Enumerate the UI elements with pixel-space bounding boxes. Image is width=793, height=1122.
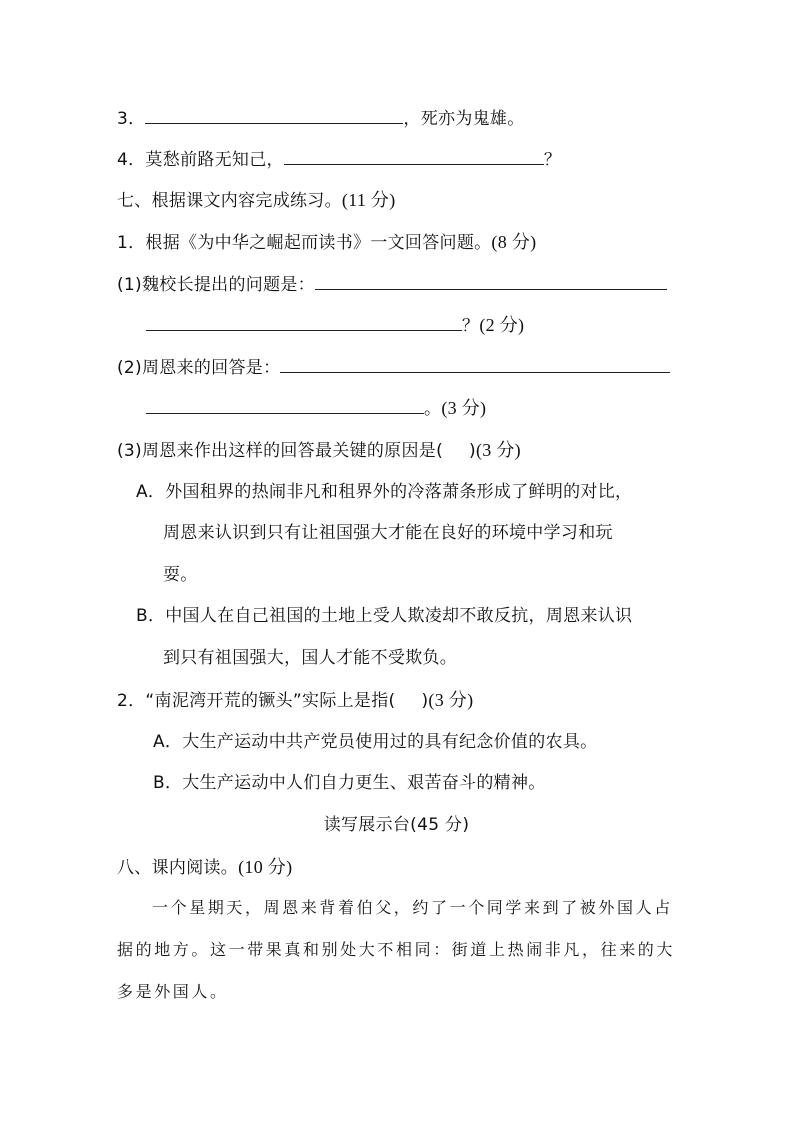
passage-line-3: 多是外国人。: [117, 981, 677, 1003]
option-text: 耍。: [163, 565, 198, 585]
section-title: 七、根据课文内容完成练习。: [117, 191, 342, 211]
answer-blank[interactable]: [284, 148, 544, 165]
question-7-2-option-a: A．大生产运动中共产党员使用过的具有纪念价值的农具。: [153, 731, 597, 753]
option-text: B．大生产运动中人们自力更生、艰苦奋斗的精神。: [153, 773, 546, 793]
passage-line-1: 一个星期天，周恩来背着伯父，约了一个同学来到了被外国人占: [152, 897, 712, 919]
question-label: 2．“南泥湾开荒的镢头”实际上是指(: [117, 691, 395, 711]
option-b-line-1: B．中国人在自己祖国的土地上受人欺凌却不敢反抗，周恩来认识: [136, 605, 632, 627]
question-7-2: 2．“南泥湾开荒的镢头”实际上是指()(3 分): [117, 689, 473, 712]
option-b-line-2: 到只有祖国强大，国人才能不受欺负。: [163, 647, 457, 669]
passage-text: 一个星期天，周恩来背着伯父，约了一个同学来到了被外国人占: [152, 898, 673, 917]
question-7-1-1: (1)魏校长提出的问题是：: [117, 273, 667, 296]
answer-blank[interactable]: [315, 273, 667, 290]
answer-blank[interactable]: [145, 107, 403, 124]
punctuation: ？: [462, 316, 479, 336]
question-7-2-option-b: B．大生产运动中人们自力更生、艰苦奋斗的精神。: [153, 772, 546, 794]
passage-text: 据的地方。这一带果真和别处大不相同：街道上热闹非凡，往来的大: [117, 940, 675, 959]
option-text: A．外国租界的热闹非凡和租界外的冷落萧条形成了鲜明的对比，: [136, 482, 632, 502]
question-4-prefix: 4．莫愁前路无知己，: [117, 150, 284, 170]
heading-text: 读写展示台(45 分): [324, 815, 470, 835]
score: (3 分): [441, 398, 486, 418]
answer-blank[interactable]: [146, 397, 424, 414]
option-text: B．中国人在自己祖国的土地上受人欺凌却不敢反抗，周恩来认识: [136, 606, 632, 626]
score: (10 分): [238, 857, 292, 877]
option-text: 周恩来认识到只有让祖国强大才能在良好的环境中学习和玩: [163, 523, 613, 543]
question-7-1-1-cont: ？(2 分): [146, 314, 524, 337]
question-label: (2)周恩来的回答是：: [117, 358, 280, 378]
question-text: 1．根据《为中华之崛起而读书》一文回答问题。: [117, 233, 491, 253]
answer-blank[interactable]: [146, 314, 462, 331]
question-4: 4．莫愁前路无知己，？: [117, 148, 561, 171]
paren-close: ): [469, 441, 476, 461]
score: (3 分): [476, 440, 521, 460]
question-label: (3)周恩来作出这样的回答最关键的原因是(: [117, 441, 443, 461]
question-label: (1)魏校长提出的问题是：: [117, 275, 315, 295]
answer-blank[interactable]: [280, 356, 670, 373]
score: (8 分): [491, 232, 536, 252]
question-7-1-2-cont: 。(3 分): [146, 397, 486, 420]
score: (3 分): [428, 690, 473, 710]
option-text: 到只有祖国强大，国人才能不受欺负。: [163, 648, 457, 668]
option-a-line-2: 周恩来认识到只有让祖国强大才能在良好的环境中学习和玩: [163, 522, 613, 544]
question-3-suffix: ，死亦为鬼雄。: [403, 109, 524, 129]
question-4-suffix: ？: [544, 150, 561, 170]
section-heading: 读写展示台(45 分): [0, 814, 793, 836]
section-title: 八、课内阅读。: [117, 858, 238, 878]
section-7-heading: 七、根据课文内容完成练习。(11 分): [117, 189, 396, 212]
passage-line-2: 据的地方。这一带果真和别处大不相同：街道上热闹非凡，往来的大: [117, 939, 677, 961]
passage-text: 多是外国人。: [117, 982, 229, 1001]
score: (2 分): [479, 315, 524, 335]
option-a-line-1: A．外国租界的热闹非凡和租界外的冷落萧条形成了鲜明的对比，: [136, 481, 632, 503]
option-text: A．大生产运动中共产党员使用过的具有纪念价值的农具。: [153, 732, 597, 752]
question-7-1-2: (2)周恩来的回答是：: [117, 356, 670, 379]
section-8-heading: 八、课内阅读。(10 分): [117, 856, 292, 879]
option-a-line-3: 耍。: [163, 564, 198, 586]
question-3-prefix: 3．: [117, 109, 145, 129]
punctuation: 。: [424, 399, 441, 419]
question-7-1: 1．根据《为中华之崛起而读书》一文回答问题。(8 分): [117, 231, 536, 254]
score: (11 分): [342, 190, 396, 210]
question-7-1-3: (3)周恩来作出这样的回答最关键的原因是()(3 分): [117, 439, 521, 462]
question-3: 3．，死亦为鬼雄。: [117, 107, 525, 130]
